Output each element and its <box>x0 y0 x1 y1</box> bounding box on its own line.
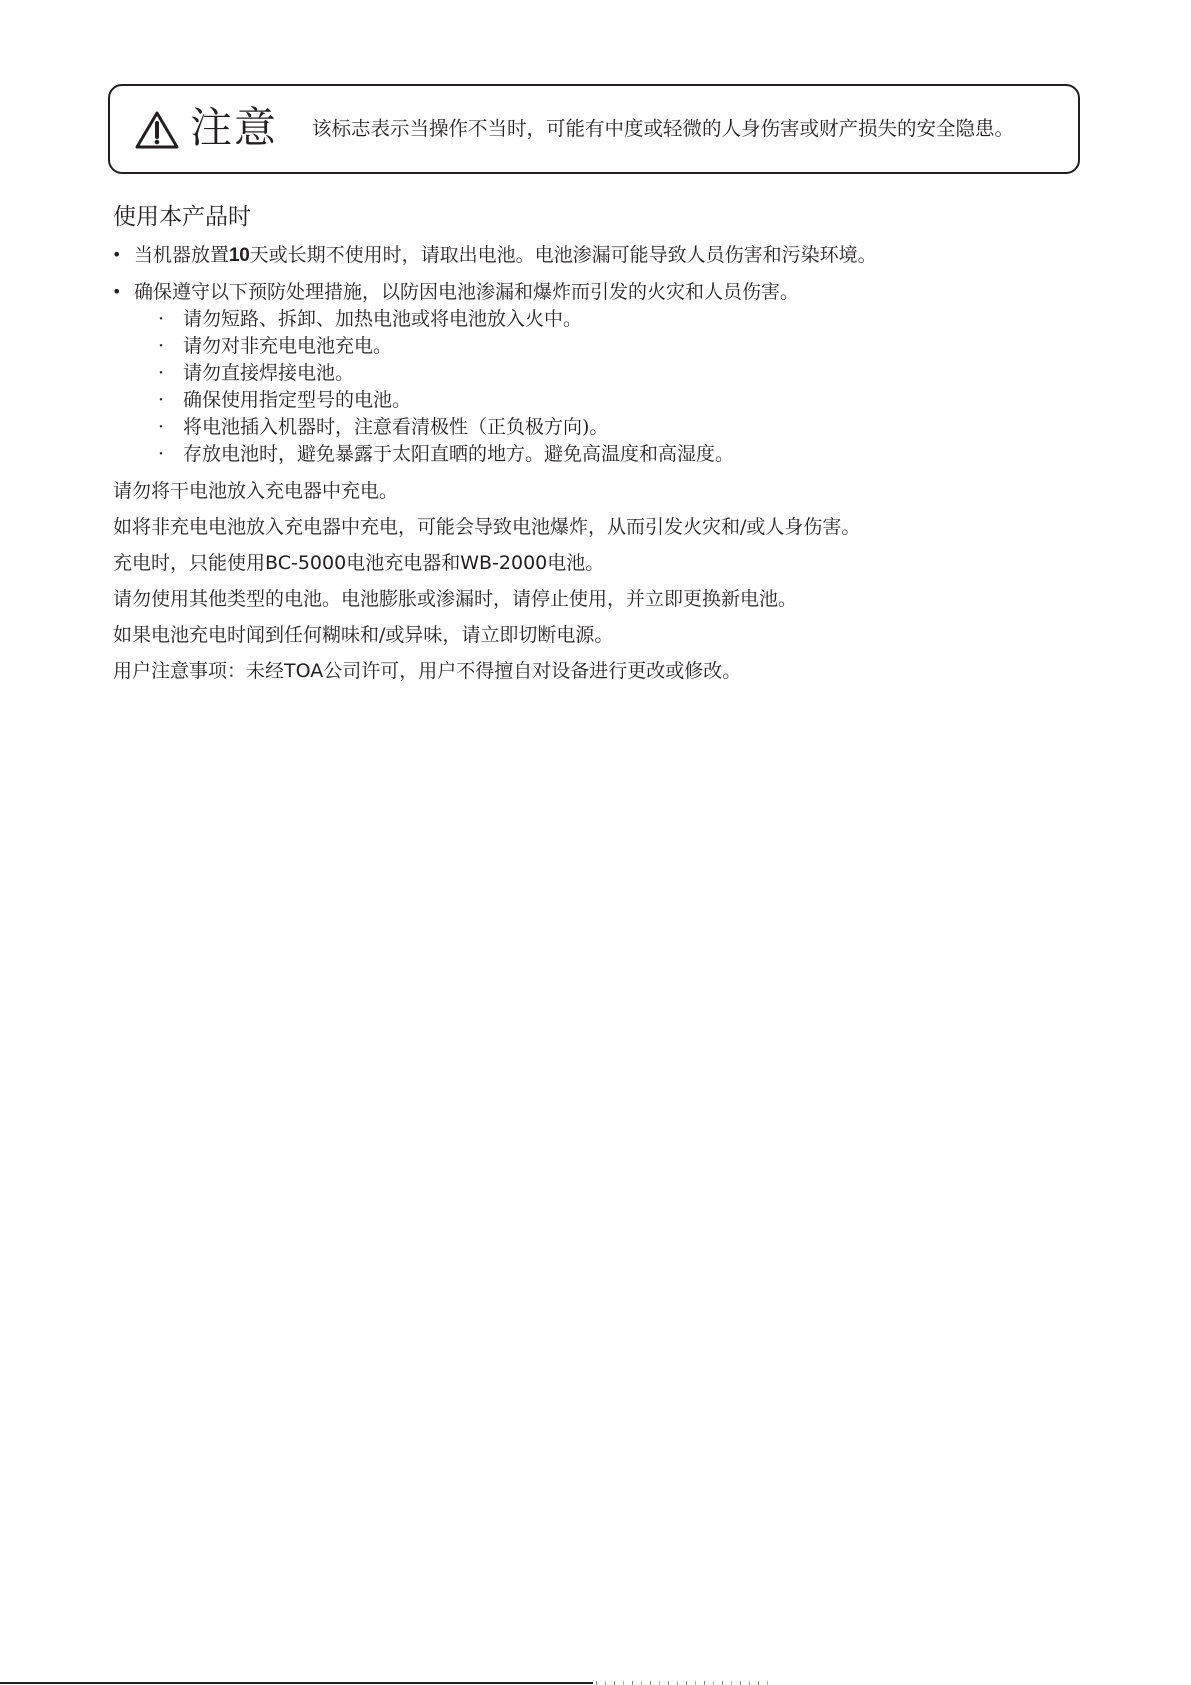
sub-bullet-icon: · <box>158 414 164 440</box>
sub-item: 请勿对非充电电池充电。 <box>183 333 392 359</box>
sub-item: 确保使用指定型号的电池。 <box>183 387 411 413</box>
bottom-divider <box>0 1682 593 1684</box>
text: ： <box>227 660 246 682</box>
sub-bullet-icon: · <box>158 441 164 467</box>
text: 充电时，只能使用 <box>113 552 265 574</box>
section-heading: 使用本产品时 <box>113 202 251 232</box>
bullet-text-prefix: 当机器放置 <box>134 244 229 266</box>
paragraph-user-notice: 用户注意事项：未经TOA公司许可，用户不得擅自对设备进行更改或修改。 <box>113 658 741 684</box>
caution-box: 注意 该标志表示当操作不当时，可能有中度或轻微的人身伤害或财产损失的安全隐患。 <box>108 84 1080 174</box>
bullet-text-suffix: 天或长期不使用时，请取出电池。电池渗漏可能导致人员伤害和污染环境。 <box>250 244 877 266</box>
scan-artifacts <box>596 1681 776 1685</box>
battery-model: WB-2000 <box>460 552 547 574</box>
days-value: 10 <box>229 245 250 266</box>
sub-item: 请勿直接焊接电池。 <box>183 360 354 386</box>
paragraph-charger-models: 充电时，只能使用BC-5000电池充电器和WB-2000电池。 <box>113 550 604 576</box>
text: 公司许可，用户不得擅自对设备进行更改或修改。 <box>323 660 741 682</box>
sub-bullet-icon: · <box>158 333 164 359</box>
text: 未经 <box>246 660 284 682</box>
bullet-icon: • <box>112 242 121 268</box>
bullet-item-precautions: 确保遵守以下预防处理措施，以防因电池渗漏和爆炸而引发的火灾和人员伤害。 <box>134 279 799 305</box>
bullet-item-battery-removal: 当机器放置10天或长期不使用时，请取出电池。电池渗漏可能导致人员伤害和污染环境。 <box>134 242 877 269</box>
paragraph-non-rechargeable: 如将非充电电池放入充电器中充电，可能会导致电池爆炸，从而引发火灾和/或人身伤害。 <box>113 514 860 540</box>
warning-triangle-icon <box>134 110 180 150</box>
sub-item: 请勿短路、拆卸、加热电池或将电池放入火中。 <box>183 306 582 332</box>
caution-description: 该标志表示当操作不当时，可能有中度或轻微的人身伤害或财产损失的安全隐患。 <box>312 116 1014 142</box>
sub-bullet-icon: · <box>158 360 164 386</box>
paragraph-other-batteries: 请勿使用其他类型的电池。电池膨胀或渗漏时，请停止使用，并立即更换新电池。 <box>113 586 797 612</box>
brand-name: TOA <box>284 660 323 682</box>
paragraph-odor-warning: 如果电池充电时闻到任何糊味和/或异味，请立即切断电源。 <box>113 622 613 648</box>
charger-model: BC-5000 <box>265 552 346 574</box>
caution-title: 注意 <box>190 100 278 156</box>
bullet-icon: • <box>112 279 121 305</box>
sub-item: 将电池插入机器时，注意看清极性（正负极方向)。 <box>183 414 608 440</box>
sub-bullet-icon: · <box>158 387 164 413</box>
sub-item: 存放电池时，避免暴露于太阳直晒的地方。避免高温度和高湿度。 <box>183 441 734 467</box>
user-notice-label: 用户注意事项 <box>113 660 227 682</box>
sub-bullet-icon: · <box>158 306 164 332</box>
text: 电池。 <box>547 552 604 574</box>
text: 电池充电器和 <box>346 552 460 574</box>
paragraph-dry-battery: 请勿将干电池放入充电器中充电。 <box>113 478 398 504</box>
